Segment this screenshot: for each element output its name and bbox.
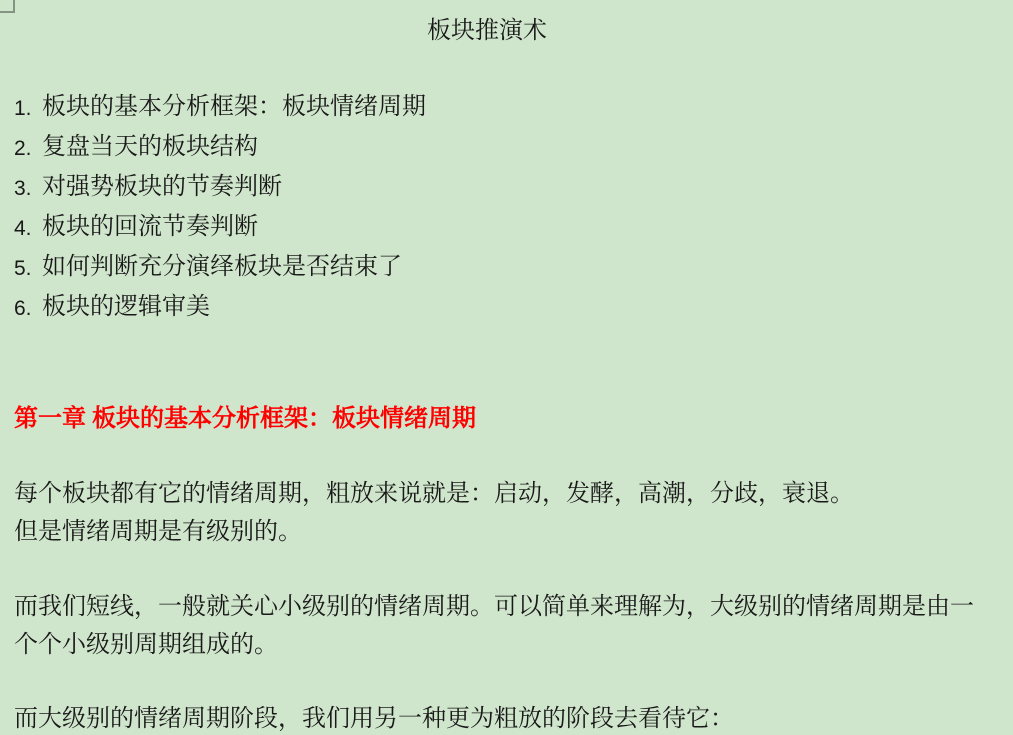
outline-item: 6. 板块的逻辑审美 (14, 288, 1008, 328)
outline-item-number: 1. (14, 88, 42, 128)
outline-item-number: 4. (14, 208, 42, 248)
outline-item: 2. 复盘当天的板块结构 (14, 128, 1008, 168)
outline-item-text: 板块的回流节奏判断 (42, 208, 1008, 248)
outline-item: 4. 板块的回流节奏判断 (14, 208, 1008, 248)
outline-item-text: 复盘当天的板块结构 (42, 128, 1008, 168)
outline-item-number: 6. (14, 288, 42, 328)
paragraph: 而大级别的情绪周期阶段，我们用另一种更为粗放的阶段去看待它： (14, 700, 1008, 735)
outline-item-text: 板块的逻辑审美 (42, 288, 1008, 328)
document-page: 板块推演术 1. 板块的基本分析框架：板块情绪周期 2. 复盘当天的板块结构 3… (0, 0, 1013, 735)
outline-item-number: 2. (14, 128, 42, 168)
paragraph: 而我们短线，一般就关心小级别的情绪周期。可以简单来理解为，大级别的情绪周期是由一… (14, 588, 1008, 664)
outline-item-text: 板块的基本分析框架：板块情绪周期 (42, 88, 1008, 128)
chapter-heading: 第一章 板块的基本分析框架：板块情绪周期 (14, 400, 1008, 438)
outline-item: 1. 板块的基本分析框架：板块情绪周期 (14, 88, 1008, 128)
outline-item: 3. 对强势板块的节奏判断 (14, 168, 1008, 208)
document-title: 板块推演术 (0, 12, 984, 50)
paragraph: 每个板块都有它的情绪周期，粗放来说就是：启动，发酵，高潮，分歧，衰退。 但是情绪… (14, 475, 1008, 551)
document-content: 板块推演术 1. 板块的基本分析框架：板块情绪周期 2. 复盘当天的板块结构 3… (0, 0, 1013, 735)
outline-item-text: 如何判断充分演绎板块是否结束了 (42, 248, 1008, 288)
outline-item-text: 对强势板块的节奏判断 (42, 168, 1008, 208)
outline-item: 5. 如何判断充分演绎板块是否结束了 (14, 248, 1008, 288)
outline-list: 1. 板块的基本分析框架：板块情绪周期 2. 复盘当天的板块结构 3. 对强势板… (14, 88, 1008, 328)
outline-item-number: 3. (14, 168, 42, 208)
outline-item-number: 5. (14, 248, 42, 288)
